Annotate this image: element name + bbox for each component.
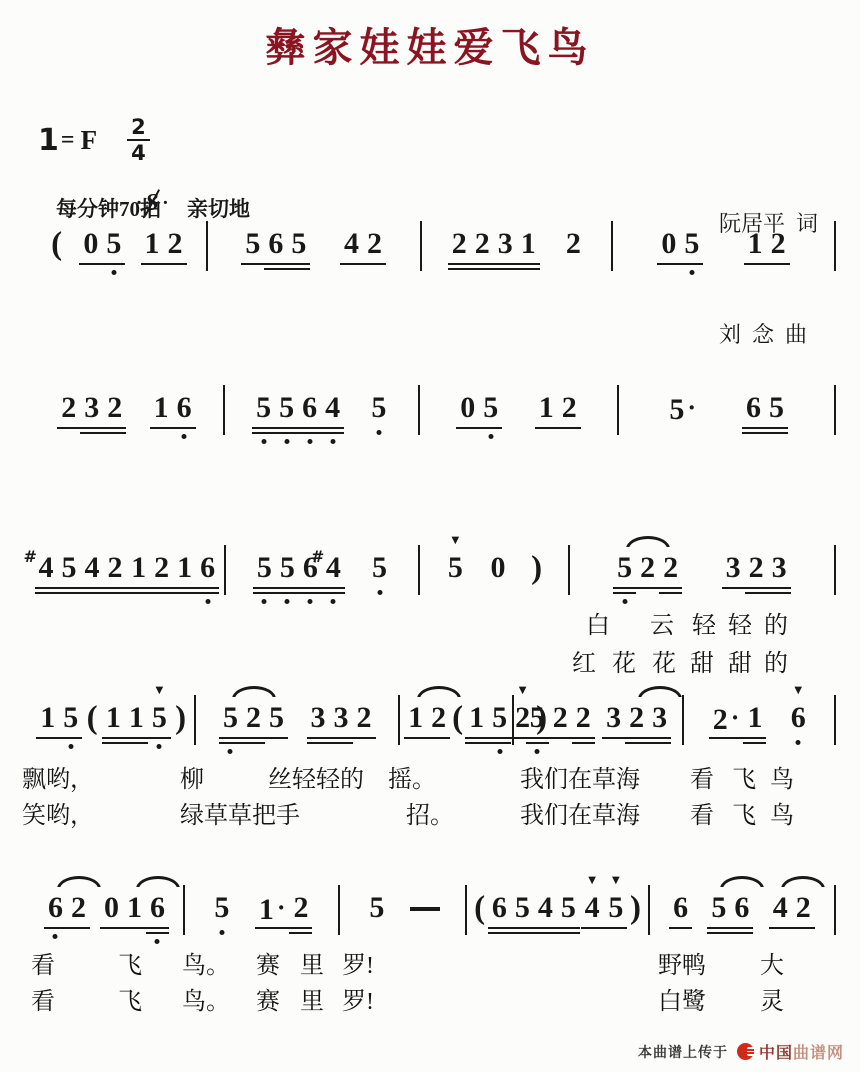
low-octave-dot [53, 934, 58, 939]
lyric-syllable: 招。 [406, 802, 454, 830]
note: 2 [67, 892, 90, 924]
accent-icon: ▼ [794, 686, 802, 696]
note-digit: 5 [371, 392, 386, 424]
beam-group: 5▼ [604, 892, 627, 924]
note: 5 [479, 392, 502, 424]
note: 5 [252, 392, 275, 424]
sheet-music-page: 彝家娃娃爱飞鸟 1 = F 2 4 每分钟70拍亲切地 阮居平 词 刘 念 曲 … [0, 0, 860, 1072]
note-digit: 1 [747, 702, 762, 734]
note: 1· [255, 892, 290, 926]
note-digit: 2 [796, 892, 811, 924]
barline [834, 695, 836, 745]
low-octave-dot [377, 590, 382, 595]
beam-group: 05 [79, 228, 125, 260]
note: 5 [367, 392, 390, 424]
low-octave-dot [376, 430, 381, 435]
note: 5 [276, 552, 299, 584]
lyric-syllable: 花 [612, 650, 636, 678]
lyric-syllable: 我们在草海 [520, 766, 640, 794]
low-octave-dot [331, 599, 336, 604]
note: 5· [665, 392, 700, 426]
lyric-syllable: 里 [300, 952, 324, 980]
slur-icon [720, 876, 764, 887]
beam-group: 0 [487, 552, 510, 584]
note-digit: 5 [63, 702, 78, 734]
note-digit: 2 [771, 228, 786, 260]
note: 2 [625, 702, 648, 734]
note-digit: 6 [302, 392, 317, 424]
note-digit: 1 [748, 228, 763, 260]
note: 2 [745, 552, 768, 584]
lyric-syllable: 里 [300, 988, 324, 1016]
lyric-syllable: 鸟 [770, 766, 794, 794]
note: 4 [81, 552, 104, 584]
note-digit: 6 [673, 892, 688, 924]
note-digit: 3 [772, 552, 787, 584]
note: 5 [613, 552, 636, 584]
beam-group: 2231 [448, 228, 540, 260]
beam-group: 1S2 [141, 228, 187, 260]
time-signature: 2 4 [127, 116, 150, 164]
note: 3 [648, 702, 671, 734]
half-note-dash [410, 907, 440, 911]
note: 3 [602, 702, 625, 734]
low-octave-dot [261, 439, 266, 444]
measure: 15(115▼) [30, 702, 194, 735]
note: 2 [471, 228, 494, 260]
note: #4 [322, 552, 345, 584]
note: 6 [488, 892, 511, 924]
measure: 5·65 [619, 392, 834, 426]
note: 5▼ [444, 552, 467, 584]
note-digit: 5 [223, 702, 238, 734]
lyric-syllable: 轻 [692, 612, 716, 640]
note: 1 [517, 228, 540, 260]
note-digit: 5 [561, 892, 576, 924]
note: 4 [769, 892, 792, 924]
note: 1 [535, 392, 558, 424]
note: 5 [102, 228, 125, 260]
note-digit: 1 [131, 552, 146, 584]
beam-group: 1·2 [255, 892, 313, 926]
note-digit: 3 [498, 228, 513, 260]
augmentation-dot: · [277, 892, 286, 924]
note-digit: 0 [460, 392, 475, 424]
note: 1 [404, 702, 427, 734]
note: 5 [265, 702, 288, 734]
note: 5 [253, 552, 276, 584]
low-octave-dot [157, 744, 162, 749]
beam-group: 332 [307, 702, 376, 734]
note-digit: 6 [492, 892, 507, 924]
low-octave-dot [307, 439, 312, 444]
key-equals: = [61, 127, 75, 154]
note-digit: 1 [106, 702, 121, 734]
beam-group: 16 [150, 392, 196, 424]
note-digit: 2 [246, 702, 261, 734]
note: 5 [58, 552, 81, 584]
note: 1 [127, 552, 150, 584]
note: 2 [104, 552, 127, 584]
note: 2 [242, 702, 265, 734]
lyric-syllable: 看 [31, 988, 55, 1016]
slur-icon [232, 686, 276, 697]
beam-group: 12 [404, 702, 450, 734]
measure: 556#45 [226, 552, 419, 584]
measure: 12(152▼) [400, 702, 512, 735]
note-digit: 2 [640, 552, 655, 584]
low-octave-dot [689, 270, 694, 275]
note-digit: 5 [279, 392, 294, 424]
note-digit: 2 [749, 552, 764, 584]
note: 3 [494, 228, 517, 260]
beam-group: 2·1 [709, 702, 767, 736]
note-digit: 5 [152, 702, 167, 734]
note-digit: 2 [431, 702, 446, 734]
note: #4 [35, 552, 58, 584]
measure: 5 [340, 892, 465, 924]
note-digit: 5 [257, 552, 272, 584]
slur-icon [781, 876, 825, 887]
beam-group: 12 [535, 392, 581, 424]
beam-group: 42 [340, 228, 386, 260]
barline [834, 385, 836, 435]
note: 5 [59, 702, 82, 734]
note: 5 [680, 228, 703, 260]
music-system: #45421216556#455▼0)522323 [30, 552, 836, 595]
lyric-syllable: 飞 [732, 802, 756, 830]
note-digit: 1 [521, 228, 536, 260]
note: 5 [219, 702, 242, 734]
beam-group: 6545 [488, 892, 580, 924]
note-digit: 2 [629, 702, 644, 734]
measure: 0512 [420, 392, 618, 424]
note: 6 [264, 228, 287, 260]
measure: (051S2 [30, 228, 206, 261]
note: 3 [768, 552, 791, 584]
lyric-syllable: 白鹭 [658, 988, 706, 1016]
note: 2 [57, 392, 80, 424]
note-digit: 2 [154, 552, 169, 584]
note: 1 [465, 702, 488, 734]
note-digit: 2 [713, 704, 728, 736]
note-digit: 2 [168, 228, 183, 260]
lyric-syllable: 看 [690, 802, 714, 830]
measure: 62016 [30, 892, 183, 924]
beam-group: 522 [526, 702, 595, 734]
key-signature: 1 = F 2 4 [38, 116, 150, 164]
lyric-syllable: 看 [690, 766, 714, 794]
note: 5 [241, 228, 264, 260]
beam-group: 5 [210, 892, 233, 924]
note-digit: 1 [129, 702, 144, 734]
note-digit: 6 [150, 892, 165, 924]
note-digit: 2 [293, 892, 308, 924]
low-octave-dot [262, 599, 267, 604]
beam-group: 522 [613, 552, 682, 584]
note-digit: 5 [106, 228, 121, 260]
beam-group: 1216 [127, 552, 219, 584]
accent-icon: ▼ [588, 876, 596, 886]
note: 2 [659, 552, 682, 584]
note: 2 [103, 392, 126, 424]
uploaded-by-text: 本曲谱上传于 [638, 1042, 728, 1062]
note-digit: 6 [734, 892, 749, 924]
lyric-syllable: 红 [572, 650, 596, 678]
note: 3 [330, 702, 353, 734]
note-digit: 1 [154, 392, 169, 424]
note-digit: 5 [684, 228, 699, 260]
note: 2 [562, 228, 585, 260]
note-digit: 1 [408, 702, 423, 734]
note: 2 [792, 892, 815, 924]
note: 6 [196, 552, 219, 584]
note-digit: 5 [617, 552, 632, 584]
parenthesis: ) [529, 551, 544, 585]
note: 6 [44, 892, 67, 924]
lyric-syllable: 鸟 [770, 802, 794, 830]
note: 1 [102, 702, 125, 734]
beam-group: 65 [742, 392, 788, 424]
beam-group: 6 [669, 892, 692, 924]
rest-note: 0 [487, 552, 510, 584]
lyric-syllable: 大 [760, 952, 784, 980]
low-octave-dot [155, 939, 160, 944]
low-octave-dot [535, 749, 540, 754]
accent-icon: ▼ [519, 686, 527, 696]
music-system: (051S256542223120512 [30, 228, 836, 271]
note: 5 [557, 892, 580, 924]
credits: 阮居平 词 刘 念 曲 [719, 131, 818, 427]
low-octave-dot [796, 740, 801, 745]
note-digit: 2 [61, 392, 76, 424]
note: 1 [743, 702, 766, 734]
note: 5 [287, 228, 310, 260]
measure: #45421216 [30, 552, 224, 584]
note: 2 [636, 552, 659, 584]
note-digit: 5 [492, 702, 507, 734]
music-system: 6201651·25(65454▼5▼)65642 [30, 892, 836, 935]
beam-group: 323 [722, 552, 791, 584]
beam-group: 152▼ [465, 702, 534, 734]
beam-group: 5▼ [444, 552, 467, 584]
note-digit: 5 [448, 552, 463, 584]
barline [834, 221, 836, 271]
note: 1 [36, 702, 59, 734]
time-signature-bottom: 4 [131, 141, 146, 164]
augmentation-dot: · [731, 702, 740, 734]
note: 1 [150, 392, 173, 424]
beam-group: 323 [602, 702, 671, 734]
note: 2 [289, 892, 312, 924]
slur-icon [417, 686, 461, 697]
low-octave-dot [285, 599, 290, 604]
lyric-syllable: 丝轻轻的 [268, 766, 364, 794]
sharp-icon: # [311, 541, 324, 573]
song-title: 彝家娃娃爱飞鸟 [0, 16, 860, 73]
lyric-syllable: 罗! [342, 952, 374, 980]
measure: 23216 [30, 392, 223, 424]
rest-note: 0 [100, 892, 123, 924]
composer-credit: 刘 念 曲 [719, 316, 818, 353]
lyric-syllable: 鸟。 [182, 988, 230, 1016]
note: 1S [141, 228, 164, 260]
note-digit: 5 [372, 552, 387, 584]
note: 4 [534, 892, 557, 924]
note: 2 [164, 228, 187, 260]
note-digit: 4 [325, 392, 340, 424]
rest-note: 0 [456, 392, 479, 424]
beam-group: 556#4 [253, 552, 345, 584]
note-digit: 2 [357, 702, 372, 734]
note: 2 [150, 552, 173, 584]
accent-icon: ▼ [155, 686, 163, 696]
lyric-syllable: 摇。 [388, 766, 436, 794]
note-digit: 4 [773, 892, 788, 924]
beam-group: 5 [367, 392, 390, 424]
low-octave-dot [284, 439, 289, 444]
lyric-syllable: 赛 [256, 952, 280, 980]
note: 1 [744, 228, 767, 260]
measure: 2·16▼ [684, 702, 834, 736]
lyric-syllable: 飞 [118, 988, 142, 1016]
note: 5 [511, 892, 534, 924]
beam-group: 6▼ [787, 702, 810, 734]
note: 2 [767, 228, 790, 260]
measure: 525332 [196, 702, 398, 734]
note: 1 [125, 702, 148, 734]
parenthesis: ( [472, 891, 487, 925]
slur-icon [626, 536, 670, 547]
beam-group: 565 [241, 228, 310, 260]
measure: 55645 [225, 392, 418, 424]
beam-group: #4542 [35, 552, 127, 584]
rest-note: 0 [657, 228, 680, 260]
beam-group: 05 [657, 228, 703, 260]
note: 6▼ [787, 702, 810, 734]
note-digit: 3 [606, 702, 621, 734]
barline [834, 885, 836, 935]
beam-group: 05 [456, 392, 502, 424]
parenthesis: ) [628, 891, 643, 925]
note: 2 [353, 702, 376, 734]
lyric-syllable: 鸟。 [182, 952, 230, 980]
beam-group: 42 [769, 892, 815, 924]
note-digit: 3 [334, 702, 349, 734]
note-digit: 5 [214, 892, 229, 924]
note-digit: 5 [711, 892, 726, 924]
beam-group: 62 [44, 892, 90, 924]
low-octave-dot [622, 599, 627, 604]
lyric-syllable: 罗! [342, 988, 374, 1016]
note-digit: 3 [84, 392, 99, 424]
note: 5▼ [604, 892, 627, 924]
note: 5 [765, 392, 788, 424]
note-digit: 2 [107, 392, 122, 424]
note-digit: 0 [83, 228, 98, 260]
note: 5 [275, 392, 298, 424]
note-digit: 6 [200, 552, 215, 584]
music-system: 232165564505125·65 [30, 392, 836, 435]
note: 5 [707, 892, 730, 924]
note: 5 [365, 892, 388, 924]
low-octave-dot [219, 930, 224, 935]
note: 5 [526, 702, 549, 734]
time-signature-top: 2 [127, 116, 150, 141]
lyric-syllable: 轻 [728, 612, 752, 640]
note: 6 [146, 892, 169, 924]
note-digit: 5 [291, 228, 306, 260]
parenthesis: ( [85, 701, 100, 735]
note-digit: 1 [539, 392, 554, 424]
note-digit: 5 [669, 394, 684, 426]
note-digit: 5 [769, 392, 784, 424]
note: 2 [427, 702, 450, 734]
note: 6 [298, 392, 321, 424]
note: 2 [363, 228, 386, 260]
site-logo-icon [737, 1043, 754, 1060]
note-digit: 1 [177, 552, 192, 584]
site-name-suffix: 曲谱网 [793, 1040, 844, 1063]
augmentation-dot: · [687, 392, 696, 424]
note: 6 [173, 392, 196, 424]
beam-group: 016 [100, 892, 169, 924]
note-digit: 2 [663, 552, 678, 584]
note-digit: 5 [256, 392, 271, 424]
low-octave-dot [111, 270, 116, 275]
lyric-syllable: 看 [31, 952, 55, 980]
note: 2· [709, 702, 744, 736]
note: 2 [558, 392, 581, 424]
note: 5 [488, 702, 511, 734]
beam-group: 525 [219, 702, 288, 734]
note: 6 [742, 392, 765, 424]
note: 5 [368, 552, 391, 584]
beam-group: 5 [365, 892, 388, 924]
note-digit: 4 [344, 228, 359, 260]
footer-watermark: 本曲谱上传于 中国 曲谱网 [638, 1040, 844, 1063]
measure: 0512 [613, 228, 834, 260]
note-digit: 4 [585, 892, 600, 924]
note-digit: 5 [483, 392, 498, 424]
lyric-syllable: 飘哟， [22, 766, 94, 794]
segno-icon: S [145, 190, 158, 216]
note: 2 [572, 702, 595, 734]
measure: (65454▼5▼) [467, 892, 647, 925]
note-digit: 1 [145, 228, 160, 260]
beam-group: 5 [368, 552, 391, 584]
note-digit: 4 [326, 552, 341, 584]
note-digit: 2 [576, 702, 591, 734]
key-name: F [81, 125, 98, 156]
accent-icon: ▼ [612, 876, 620, 886]
lyric-syllable: 柳 [180, 766, 204, 794]
measure: 65642 [650, 892, 834, 924]
note-digit: 6 [177, 392, 192, 424]
parenthesis: ) [173, 701, 188, 735]
lyric-syllable: 我们在草海 [520, 802, 640, 830]
note: 5▼ [148, 702, 171, 734]
note: 1 [173, 552, 196, 584]
note-digit: 3 [311, 702, 326, 734]
note: 6 [669, 892, 692, 924]
barline [834, 545, 836, 595]
note: 6 [730, 892, 753, 924]
note: 4▼ [581, 892, 604, 924]
beam-group: 115▼ [102, 702, 171, 734]
lyric-syllable: 野鸭 [658, 952, 706, 980]
low-octave-dot [205, 599, 210, 604]
